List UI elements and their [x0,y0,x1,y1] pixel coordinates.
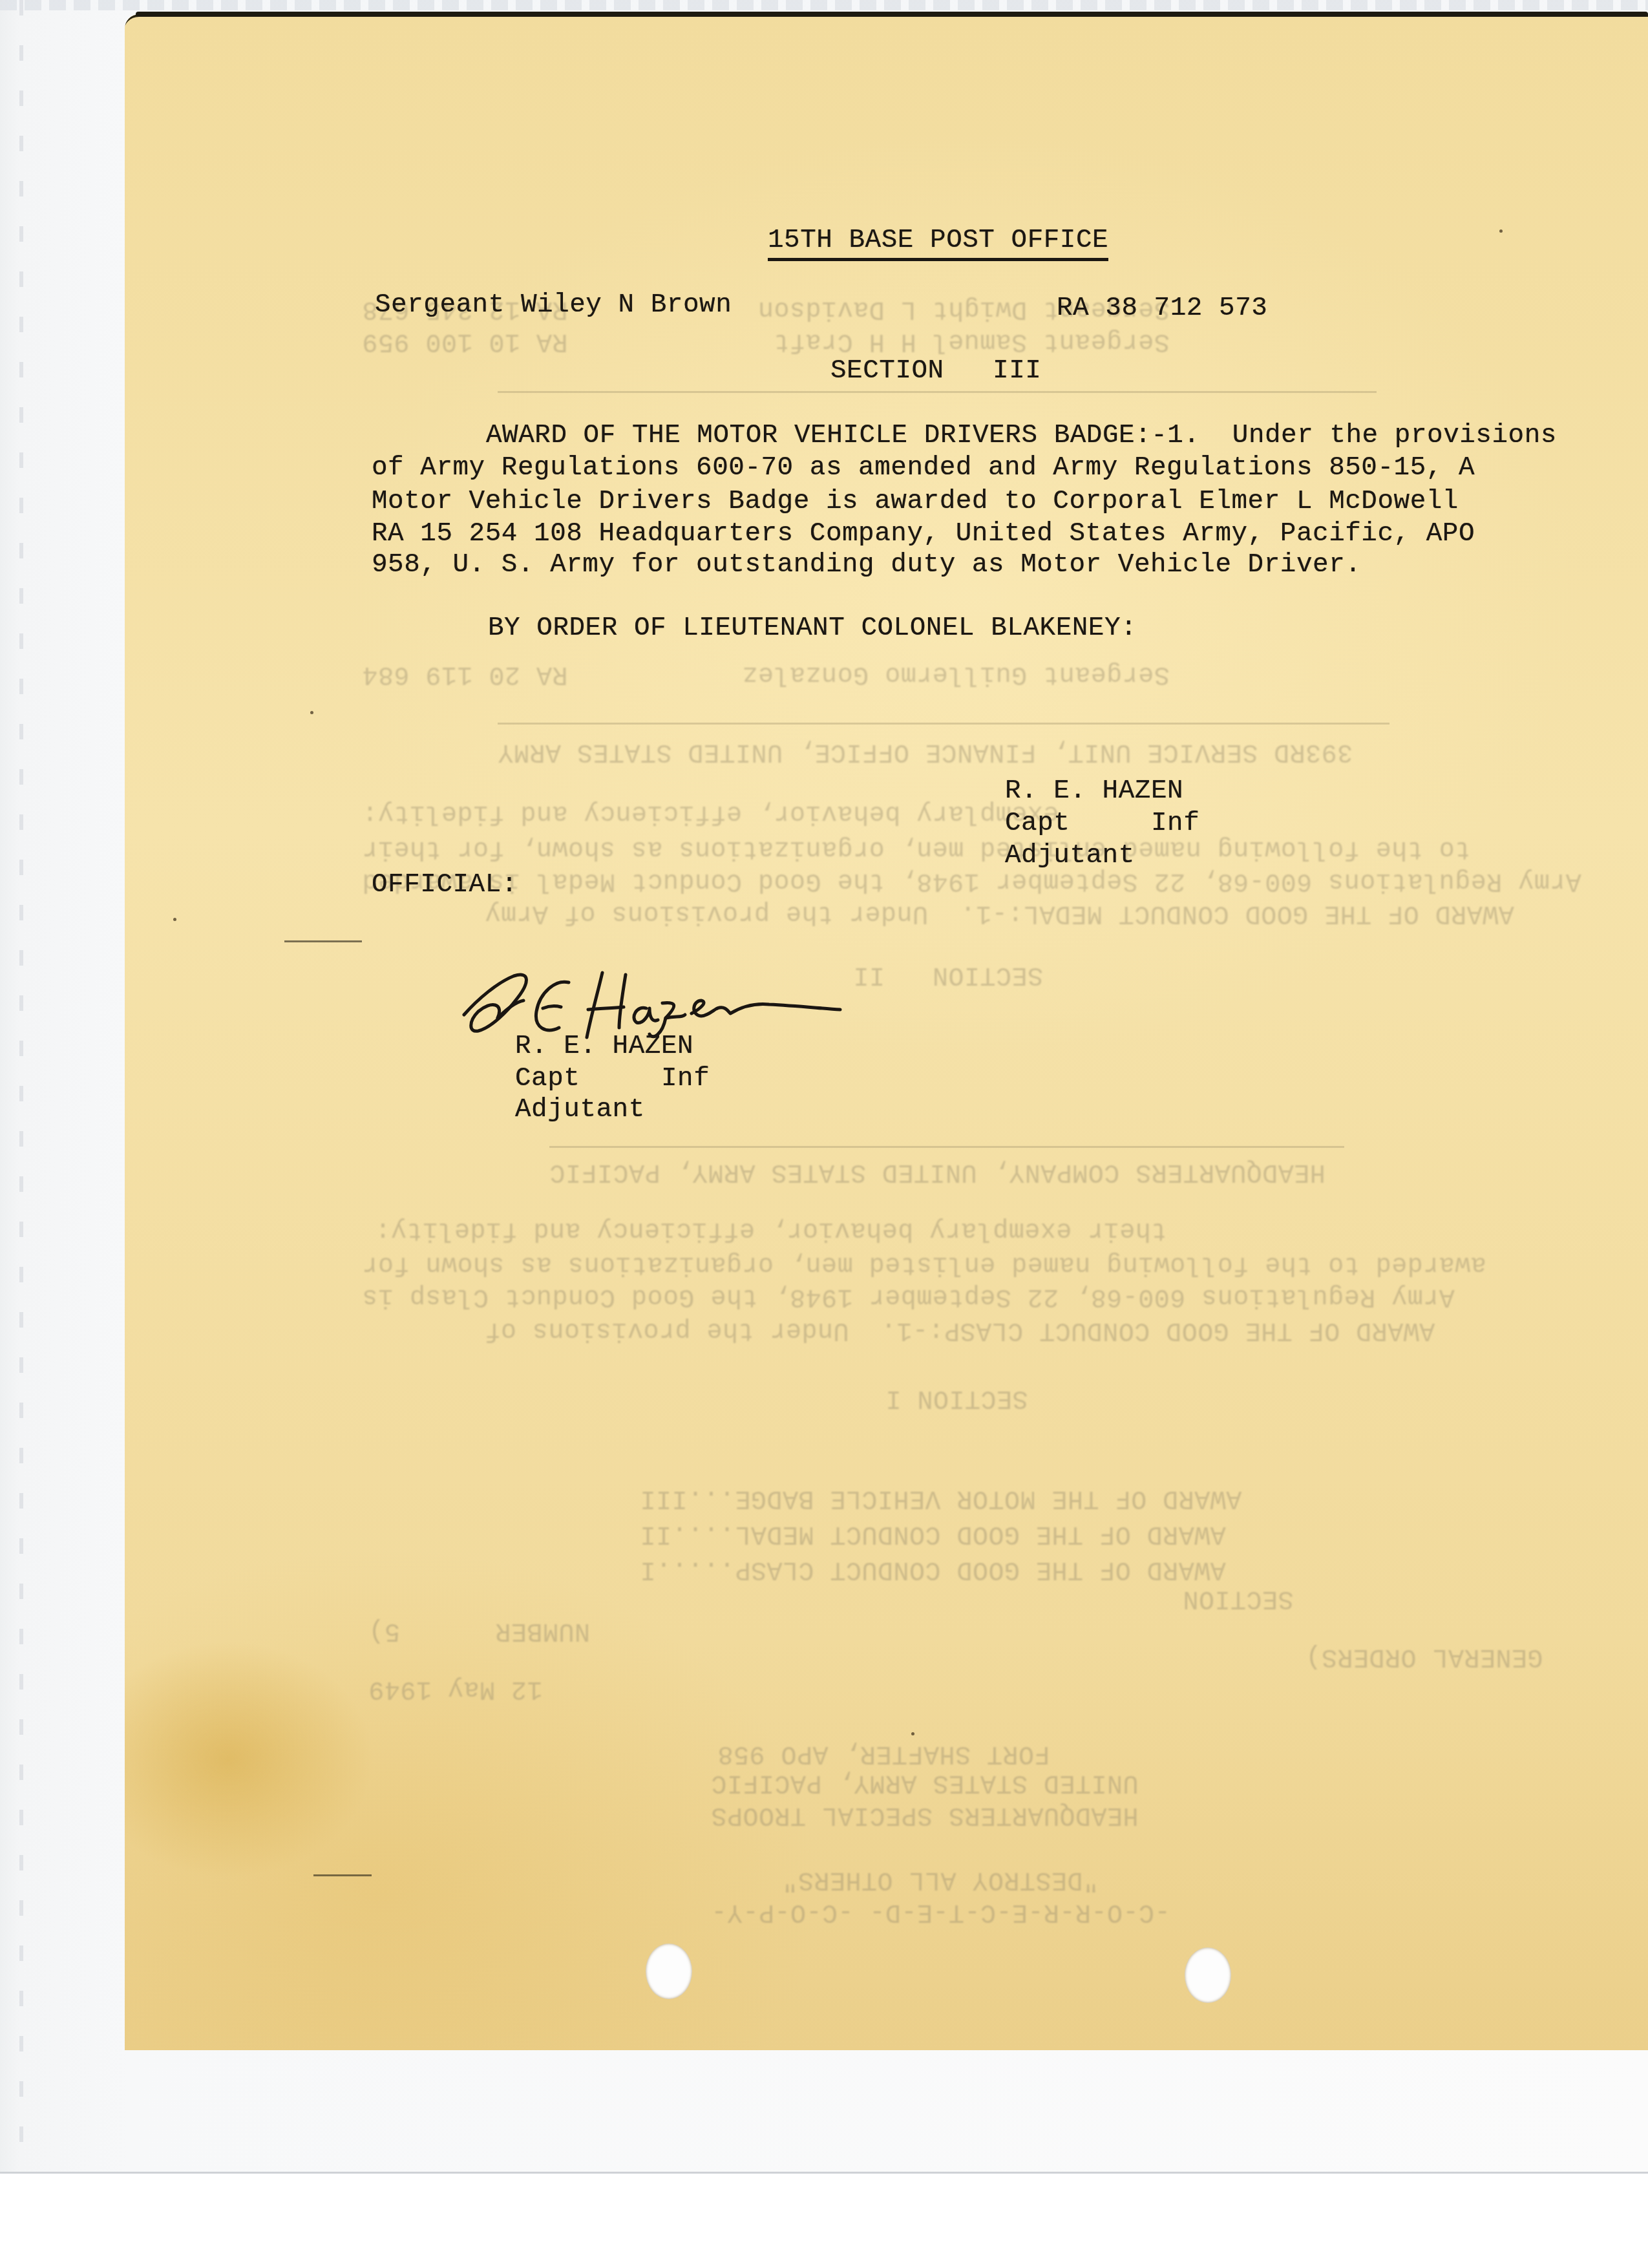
ghost-text: AWARD OF THE GOOD CONDUCT MEDAL....II [640,1519,1226,1548]
ghost-text: AWARD OF THE GOOD CONDUCT CLASP:-1. Unde… [485,1315,1435,1344]
paper-mark [284,940,362,942]
recipient-serial-number: RA 38 712 573 [1057,293,1267,324]
ghost-text: AWARD OF THE GOOD CONDUCT MEDAL:-1. Unde… [485,898,1514,927]
signatory-rank: Capt Inf [1005,808,1199,840]
punch-hole [1185,1947,1231,2003]
paper-mark [313,1874,372,1876]
section-title: SECTION III [830,355,1041,387]
ghost-text: "DESTROY ALL OTHERS" [782,1865,1099,1894]
ghost-text: GENERAL ORDERS) [1305,1642,1543,1671]
ghost-text: SECTION I [885,1383,1028,1412]
ghost-text: exemplary behavior, efficiency and fidel… [362,798,1059,827]
ghost-text: SECTION II [853,960,1043,989]
ghost-text: SECTION [1183,1584,1294,1613]
page-top-edge [136,12,1648,17]
ghost-rule [549,1146,1344,1148]
ghost-text: -C-O-R-R-E-C-T-E-D- -C-O-P-Y- [711,1897,1170,1926]
ghost-text: HEADQUARTERS COMPANY, UNITED STATES ARMY… [549,1157,1326,1186]
sheet-protector-spine [19,0,23,2172]
ghost-text: NUMBER 5) [368,1616,590,1645]
paper-speck [173,918,176,921]
paragraph-line: AWARD OF THE MOTOR VEHICLE DRIVERS BADGE… [486,420,1557,452]
paper-speck [1499,229,1503,233]
official-label: OFFICIAL: [372,869,518,901]
ghost-text: Sergeant Guillermo Gonzalez RA 20 119 68… [362,659,1170,688]
paragraph-line: RA 15 254 108 Headquarters Company, Unit… [372,518,1475,550]
signatory-title: Adjutant [1005,840,1135,872]
ghost-rule [498,723,1389,725]
ghost-text: to the following named enlisted men, org… [362,834,1470,863]
order-authority-line: BY ORDER OF LIEUTENANT COLONEL BLAKENEY: [488,613,1137,644]
paper-speck [310,711,313,714]
document-heading: 15TH BASE POST OFFICE [768,225,1108,261]
ghost-text: AWARD OF THE MOTOR VEHICLE BADGE...III [640,1483,1241,1512]
ghost-text: HEADQUARTERS SPECIAL TROOPS [711,1800,1139,1829]
recipient-name: Sergeant Wiley N Brown [375,290,732,321]
ghost-text: their exemplary behavior, efficiency and… [375,1215,1167,1244]
ghost-text: Army Regulations 600-68, 22 September 19… [362,1282,1455,1311]
signatory-name: R. E. HAZEN [515,1031,693,1063]
sheet-protector-binding-strip [0,0,1648,10]
ghost-text: Sergeant Samuel H H Craft RA 10 100 959 [362,326,1170,355]
ghost-text: AWARD OF THE GOOD CONDUCT CLASP.....I [640,1554,1226,1584]
signatory-rank: Capt Inf [515,1063,710,1095]
ghost-text: UNITED STATES ARMY, PACIFIC [711,1768,1139,1797]
paper-speck [911,1732,914,1735]
paragraph-line: of Army Regulations 600-70 as amended an… [372,452,1475,484]
ghost-text: 393RD SERVICE UNIT, FINANCE OFFICE, UNIT… [498,737,1353,766]
ghost-text: awarded to the following named enlisted … [362,1249,1486,1278]
ghost-text: 12 May 1949 [368,1674,543,1703]
paragraph-line: 958, U. S. Army for outstanding duty as … [372,549,1361,581]
signatory-name: R. E. HAZEN [1005,776,1183,807]
ghost-text: Army Regulations 600-68, 22 September 19… [362,866,1581,895]
ghost-rule [498,391,1377,393]
punch-hole [646,1944,692,1999]
paragraph-line: Motor Vehicle Drivers Badge is awarded t… [372,486,1459,518]
ghost-text: FORT SHAFTER, APO 958 [717,1739,1050,1768]
signatory-title: Adjutant [515,1094,645,1126]
